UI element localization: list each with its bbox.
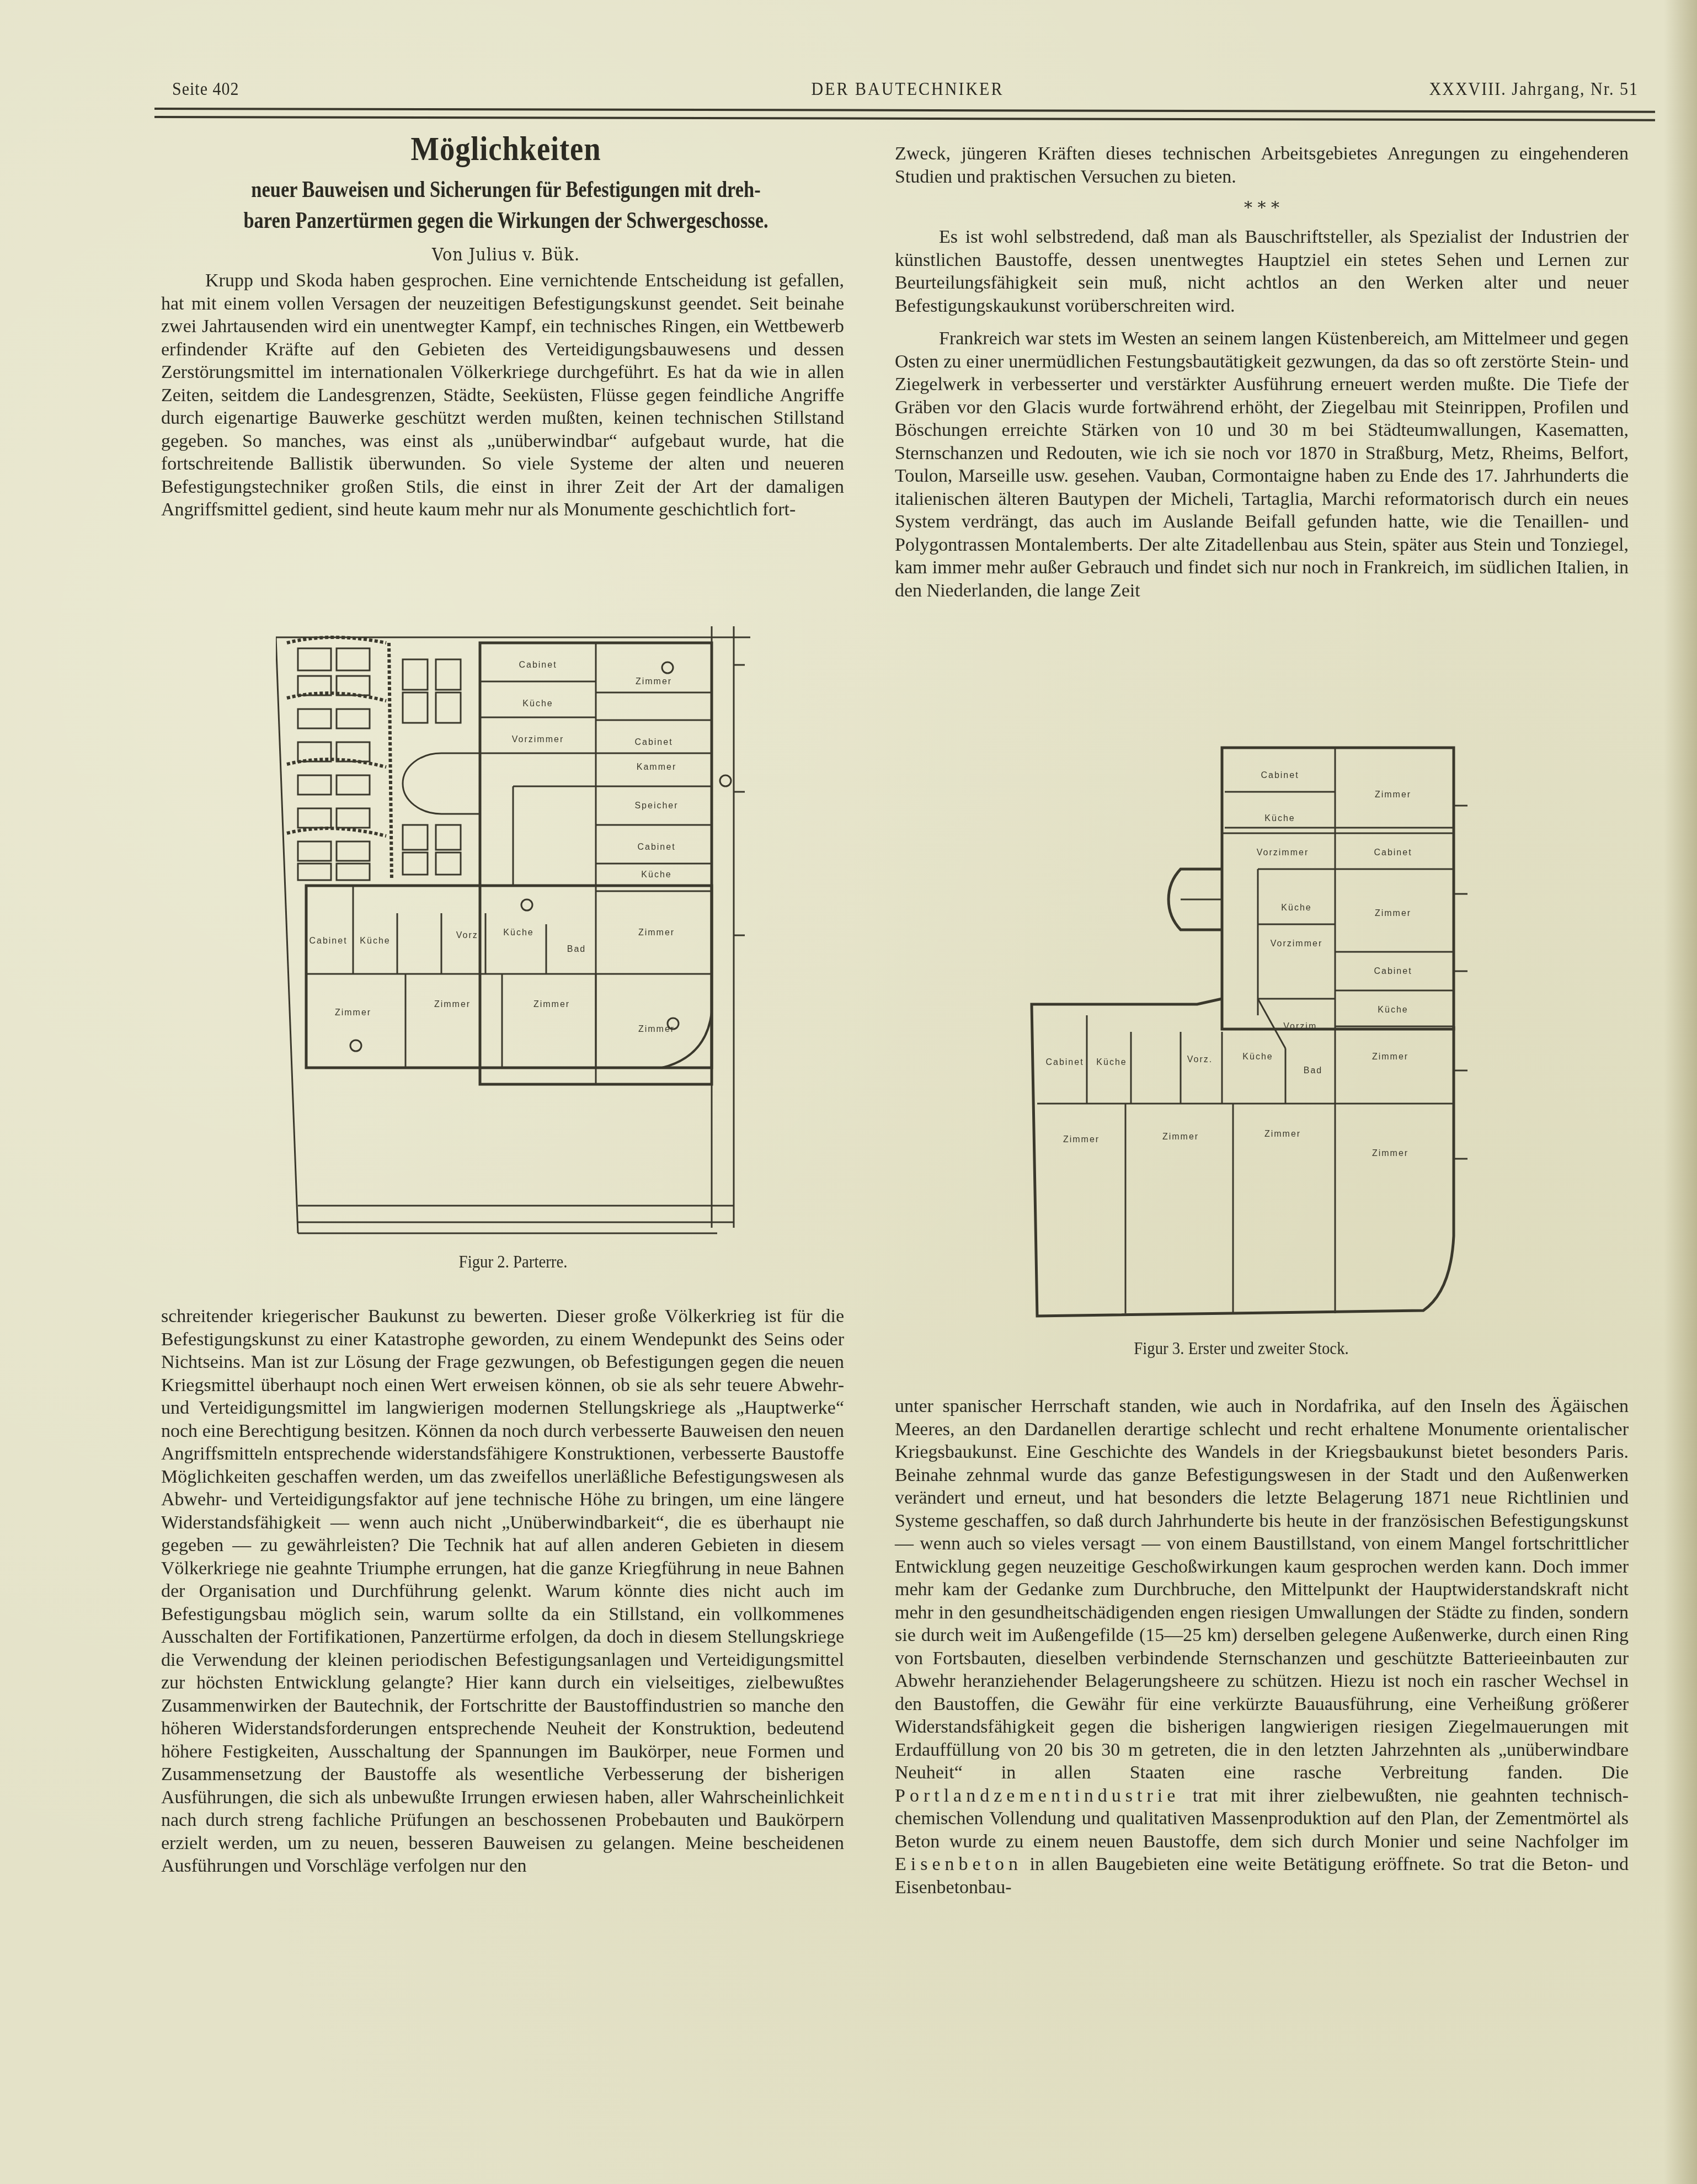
header-rule-bottom <box>154 116 1655 121</box>
svg-text:Zimmer: Zimmer <box>1372 1052 1408 1062</box>
svg-text:Zimmer: Zimmer <box>1372 1149 1408 1158</box>
figure-2-caption: Figur 2. Parterre. <box>300 1251 727 1272</box>
page-edge-shadow <box>1664 0 1697 2184</box>
left-column-top: Krupp und Skoda haben gesprochen. Eine v… <box>161 269 844 521</box>
svg-text:Küche: Küche <box>1264 814 1295 823</box>
header-rule-top <box>154 108 1655 113</box>
svg-text:Cabinet: Cabinet <box>1374 848 1412 857</box>
svg-text:Küche: Küche <box>360 936 390 946</box>
svg-text:Zimmer: Zimmer <box>1375 909 1411 918</box>
svg-text:Cabinet: Cabinet <box>519 660 557 670</box>
svg-text:Kammer: Kammer <box>637 763 676 772</box>
text-run: unter spanischer Herrschaft standen, wie… <box>895 1396 1629 1783</box>
right-column-bottom: unter spanischer Herrschaft standen, wie… <box>895 1395 1629 1899</box>
svg-text:Zimmer: Zimmer <box>1375 790 1411 800</box>
section-separator-asterisks: * * * <box>895 201 1629 215</box>
svg-text:Cabinet: Cabinet <box>309 936 347 946</box>
article-subtitle-line-1: neuer Bauweisen und Sicherungen für Befe… <box>223 174 789 205</box>
svg-text:Küche: Küche <box>1281 903 1311 913</box>
svg-text:Küche: Küche <box>1378 1005 1408 1015</box>
article-subtitle-line-2: baren Panzertürmen gegen die Wirkungen d… <box>223 205 789 236</box>
article-author: Von Julius v. Bük. <box>196 244 817 265</box>
svg-text:Küche: Küche <box>503 928 533 937</box>
svg-text:Vorz.: Vorz. <box>1187 1055 1213 1064</box>
svg-text:Cabinet: Cabinet <box>637 843 675 852</box>
svg-text:Cabinet: Cabinet <box>1261 771 1299 780</box>
paragraph-frankreich: Frankreich war stets im Westen an seinem… <box>895 327 1629 602</box>
floorplan-drawing: Cabinet Zimmer Küche Vorzimmer Cabinet K… <box>276 626 750 1250</box>
paragraph-intro: Krupp und Skoda haben gesprochen. Eine v… <box>161 269 844 521</box>
emphasized-term-portlandzementindustrie: Portlandzementindustrie <box>895 1786 1180 1806</box>
left-column-bottom: schreitender kriegerischer Baukunst zu b… <box>161 1305 844 1878</box>
svg-text:Zimmer: Zimmer <box>335 1008 371 1018</box>
svg-text:Küche: Küche <box>522 699 553 709</box>
svg-text:Bad: Bad <box>567 945 586 954</box>
running-header: Seite 402 DER BAUTECHNIKER XXXVIII. Jahr… <box>166 80 1650 108</box>
svg-text:Speicher: Speicher <box>634 801 678 811</box>
figure-3-caption: Figur 3. Erster und zweiter Stock. <box>1018 1338 1465 1359</box>
paragraph-purpose: Zweck, jüngeren Kräften dieses technisch… <box>895 142 1629 188</box>
figure-3-floorplan-upper-floors: Cabinet Zimmer Küche Vorzimmer Cabinet K… <box>1004 739 1479 1324</box>
svg-text:Zimmer: Zimmer <box>638 928 675 937</box>
svg-text:Zimmer: Zimmer <box>638 1025 675 1034</box>
svg-text:Zimmer: Zimmer <box>1063 1135 1100 1144</box>
right-column-top: Zweck, jüngeren Kräften dieses technisch… <box>895 142 1629 602</box>
svg-text:Vorzim.: Vorzim. <box>1283 1022 1320 1031</box>
svg-text:Vorzimmer: Vorzimmer <box>1271 939 1322 949</box>
svg-text:Zimmer: Zimmer <box>636 677 672 686</box>
svg-text:Küche: Küche <box>1242 1052 1273 1062</box>
article-title: Möglichkeiten <box>202 127 809 171</box>
figure-2-floorplan-parterre: Cabinet Zimmer Küche Vorzimmer Cabinet K… <box>276 626 750 1250</box>
paragraph-continued-right: unter spanischer Herrschaft standen, wie… <box>895 1395 1629 1899</box>
emphasized-term-eisenbeton: Eisenbeton <box>895 1854 1022 1874</box>
svg-text:Bad: Bad <box>1304 1066 1322 1075</box>
issue-number: XXXVIII. Jahrgang, Nr. 51 <box>1429 78 1639 100</box>
svg-text:Cabinet: Cabinet <box>634 738 673 747</box>
svg-text:Vorz.: Vorz. <box>456 931 482 940</box>
svg-text:Cabinet: Cabinet <box>1045 1058 1084 1067</box>
svg-text:Küche: Küche <box>641 870 671 880</box>
floorplan-drawing: Cabinet Zimmer Küche Vorzimmer Cabinet K… <box>1004 739 1479 1324</box>
journal-title: DER BAUTECHNIKER <box>166 78 1650 100</box>
svg-text:Zimmer: Zimmer <box>1162 1132 1199 1142</box>
svg-text:Zimmer: Zimmer <box>434 1000 471 1009</box>
svg-text:Vorzimmer: Vorzimmer <box>1257 848 1309 857</box>
article-heading: Möglichkeiten neuer Bauweisen und Sicher… <box>161 127 851 265</box>
svg-text:Cabinet: Cabinet <box>1374 967 1412 976</box>
paragraph-selbstredend: Es ist wohl selbstredend, daß man als Ba… <box>895 226 1629 317</box>
paragraph-continued-left: schreitender kriegerischer Baukunst zu b… <box>161 1305 844 1878</box>
svg-text:Küche: Küche <box>1096 1058 1127 1067</box>
svg-text:Zimmer: Zimmer <box>533 1000 570 1009</box>
svg-text:Zimmer: Zimmer <box>1264 1130 1301 1139</box>
svg-text:Vorzimmer: Vorzimmer <box>512 735 564 744</box>
